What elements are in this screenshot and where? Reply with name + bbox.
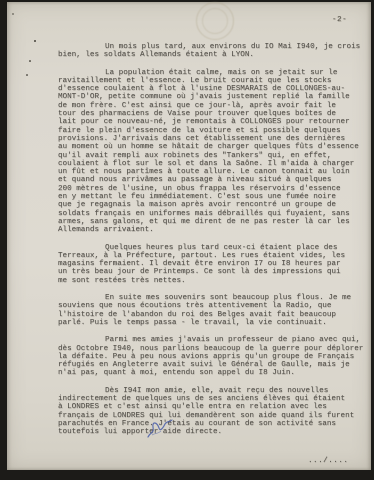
text-line: faire le plein d'essence de la voiture e…: [58, 127, 370, 135]
text-line: 200 mètres de l'usine, un obus frappa le…: [58, 185, 370, 193]
paragraph: Un mois plus tard, aux environs du IO Ma…: [58, 43, 370, 60]
text-line: la défaite. Peu à peu nous avions appris…: [58, 353, 370, 361]
embossed-seal-inner-ring: [202, 8, 228, 34]
text-line: parlé. Puis le temps passa - le travail,…: [58, 319, 370, 327]
text-line: l'histoire de l'abandon du roi des Belge…: [58, 311, 370, 319]
text-line: lait pour ce nouveau-né, je remontais à …: [58, 118, 370, 126]
text-line: toutefois lui apporter aide directe.: [58, 428, 370, 436]
paragraph: La population était calme, mais on se je…: [58, 69, 370, 235]
typewritten-text: Un mois plus tard, aux environs du IO Ma…: [58, 43, 370, 445]
text-line: que je regagnais la maison après avoir r…: [58, 201, 370, 209]
scan-speck: [29, 60, 31, 62]
paragraph: Dès I94I mon amie, elle, avait reçu des …: [58, 387, 370, 437]
page-number: -2-: [332, 16, 347, 24]
continuation-mark: .../....: [308, 457, 348, 465]
text-line: armes, sans galons, et qui me dirent de …: [58, 218, 370, 226]
text-line: et quand nous arrivâmes au passage à niv…: [58, 176, 370, 184]
text-line: souviens que nous écoutions très attenti…: [58, 302, 370, 310]
text-line: dès Octobre I940, nous parlions beaucoup…: [58, 345, 370, 353]
text-line: coulaient à flot sur le sol et dans la S…: [58, 160, 370, 168]
text-line: soldats français en uniformes mais débra…: [58, 210, 370, 218]
text-line: de mon frère. C'est ainsi que ce jour-là…: [58, 102, 370, 110]
text-line: Dès I94I mon amie, elle, avait reçu des …: [58, 387, 370, 395]
paragraph: Parmi mes amies j'avais un professeur de…: [58, 336, 370, 377]
text-line: bien, les soldats Allemands étaient à LY…: [58, 51, 370, 59]
text-line: Parmi mes amies j'avais un professeur de…: [58, 336, 370, 344]
paragraph: En suite mes souvenirs sont beaucoup plu…: [58, 294, 370, 327]
scan-speck: [26, 74, 28, 76]
text-line: ravitaillement et l'essence. Le bruit co…: [58, 77, 370, 85]
text-line: Allemands arrivaient.: [58, 226, 370, 234]
text-line: au moment où un homme se hâtait de charg…: [58, 143, 370, 151]
text-line: un très beau jour de Printemps. Ce sont …: [58, 268, 370, 276]
embossed-seal-watermark: [196, 2, 234, 40]
text-line: Quelques heures plus tard ceux-ci étaien…: [58, 244, 370, 252]
text-line: me sont restées très nettes.: [58, 277, 370, 285]
text-line: français de LONDRES qui lui demandèrent …: [58, 412, 370, 420]
text-line: MONT-D'OR, petite commune où j'avais jus…: [58, 93, 370, 101]
text-line: qu'il avait rempli aux robinets des "Tan…: [58, 152, 370, 160]
scan-speck: [34, 40, 36, 42]
text-line: à LONDRES et c'est ainsi qu'elle entra e…: [58, 403, 370, 411]
paragraph: Quelques heures plus tard ceux-ci étaien…: [58, 244, 370, 285]
handwritten-ink-mark: [146, 418, 174, 440]
text-line: n'ai pas, quant à moi, entendu son appel…: [58, 369, 370, 377]
text-line: La population était calme, mais on se je…: [58, 69, 370, 77]
scan-speck: [12, 13, 14, 15]
text-line: Terreaux, à la Préfecture, partout. Les …: [58, 252, 370, 260]
scanned-page: -2- Un mois plus tard, aux environs du I…: [0, 0, 374, 480]
text-line: parachutés en France. J'étais au courant…: [58, 420, 370, 428]
